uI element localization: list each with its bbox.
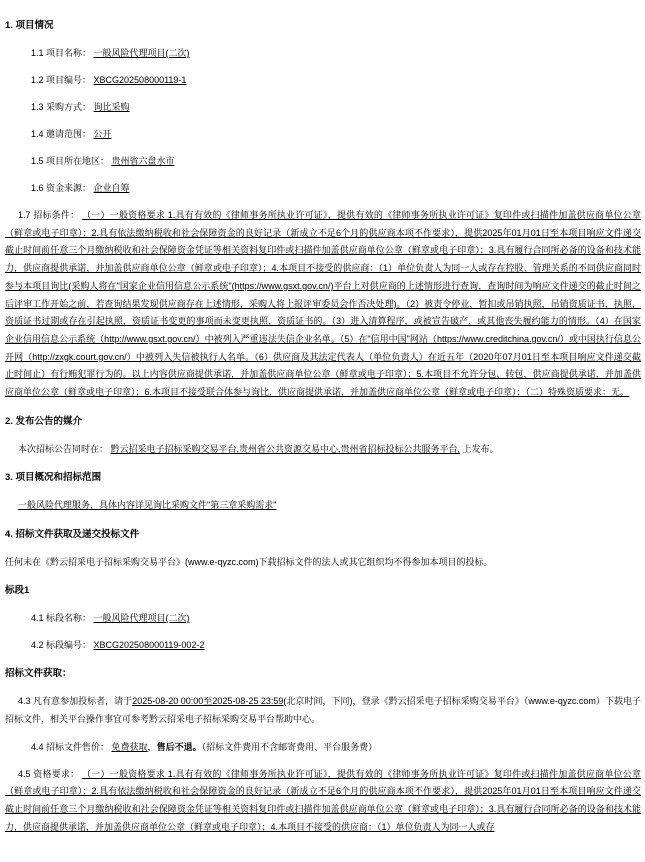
- lot1-heading: 标段1: [5, 584, 641, 597]
- media-platforms: 黔云招采电子招标采购交易平台,贵州省公共资源交易中心,贵州省招标投标公共服务平台…: [111, 444, 461, 454]
- download-date-range: 2025-08-20 00:00至2025-08-25 23:59: [132, 696, 283, 706]
- field-lot-number: 4.2 标段编号： XBCG202508000119-002-2: [5, 637, 641, 654]
- field-value: 一般风险代理项目(二次): [94, 613, 190, 623]
- field-value: 询比采购: [94, 102, 130, 112]
- field-value: 企业自筹: [94, 183, 130, 193]
- field-label: 1.7 招标条件：: [18, 210, 79, 220]
- media-suffix: 上发布。: [463, 444, 499, 454]
- announcement-media-line: 本次招标公告同时在： 黔云招采电子招标采购交易平台,贵州省公共资源交易中心,贵州…: [5, 441, 641, 459]
- project-scope-line: 一般风险代理服务，具体内容详见询比采购文件"第三章采购需求": [5, 497, 641, 515]
- field-value: XBCG202508000119-002-2: [94, 640, 205, 650]
- section3-heading: 3. 项目概况和招标范围: [5, 471, 641, 484]
- section4-heading: 4. 招标文件获取及递交投标文件: [5, 528, 641, 541]
- section2-heading: 2. 发布公告的媒介: [5, 415, 641, 428]
- price-separator: ，: [148, 742, 157, 752]
- platform-notice-line: 任何未在《黔云招采电子招标采购交易平台》(www.e-qyzc.com)下载招标…: [5, 554, 641, 571]
- field-label: 1.5 项目所在地区：: [31, 156, 109, 166]
- field-lot-name: 4.1 标段名称： 一般风险代理项目(二次): [5, 610, 641, 627]
- field-value: 一般风险代理项目(二次): [94, 48, 190, 58]
- no-refund-text: 售后不退。: [157, 742, 202, 752]
- price-value: 免费获取: [112, 742, 148, 752]
- field-label: 4.5 资格要求：: [18, 769, 79, 779]
- tender-announcement-document: 1. 项目情况 1.1 项目名称： 一般风险代理项目(二次) 1.2 项目编号：…: [5, 19, 641, 836]
- field-project-region: 1.5 项目所在地区： 贵州省六盘水市: [5, 153, 641, 170]
- field-label: 1.2 项目编号：: [31, 75, 91, 85]
- field-download-period: 4.3 凡有意参加投标者，请于2025-08-20 00:00至2025-08-…: [5, 693, 641, 728]
- download-prefix: 4.3 凡有意参加投标者，请于: [18, 696, 132, 706]
- price-label: 4.4 招标文件售价：: [31, 742, 109, 752]
- project-scope-text: 一般风险代理服务，具体内容详见询比采购文件"第三章采购需求": [18, 500, 276, 510]
- price-note: （招标文件费用不含邮寄费用、平台服务费）: [202, 742, 378, 752]
- field-value: 公开: [94, 129, 112, 139]
- field-procurement-method: 1.3 采购方式： 询比采购: [5, 99, 641, 116]
- field-label: 4.2 标段编号：: [31, 640, 91, 650]
- field-label: 1.1 项目名称：: [31, 48, 91, 58]
- field-project-name: 1.1 项目名称： 一般风险代理项目(二次): [5, 45, 641, 62]
- field-label: 1.4 邀请范围：: [31, 129, 91, 139]
- field-value: 贵州省六盘水市: [112, 156, 175, 166]
- field-value: XBCG202508000119-1: [94, 75, 187, 85]
- section1-heading: 1. 项目情况: [5, 19, 641, 32]
- field-project-number: 1.2 项目编号： XBCG202508000119-1: [5, 72, 641, 89]
- media-prefix: 本次招标公告同时在：: [18, 444, 108, 454]
- document-acquisition-heading: 招标文件获取：: [5, 667, 641, 680]
- field-label: 4.1 标段名称：: [31, 613, 91, 623]
- field-fund-source: 1.6 资金来源： 企业自筹: [5, 180, 641, 197]
- field-label: 1.3 采购方式：: [31, 102, 91, 112]
- field-tender-conditions: 1.7 招标条件： （一）一般资格要求 1.具有有效的《律师事务所执业许可证》，…: [5, 207, 641, 402]
- field-qualification-requirements: 4.5 资格要求： （一）一般资格要求 1.具有有效的《律师事务所执业许可证》，…: [5, 766, 641, 837]
- field-label: 1.6 资金来源：: [31, 183, 91, 193]
- field-invitation-scope: 1.4 邀请范围： 公开: [5, 126, 641, 143]
- field-document-price: 4.4 招标文件售价： 免费获取，售后不退。（招标文件费用不含邮寄费用、平台服务…: [5, 739, 641, 756]
- field-value: （一）一般资格要求 1.具有有效的《律师事务所执业许可证》，提供有效的《律师事务…: [5, 210, 641, 397]
- field-value: （一）一般资格要求 1.具有有效的《律师事务所执业许可证》，提供有效的《律师事务…: [5, 769, 641, 832]
